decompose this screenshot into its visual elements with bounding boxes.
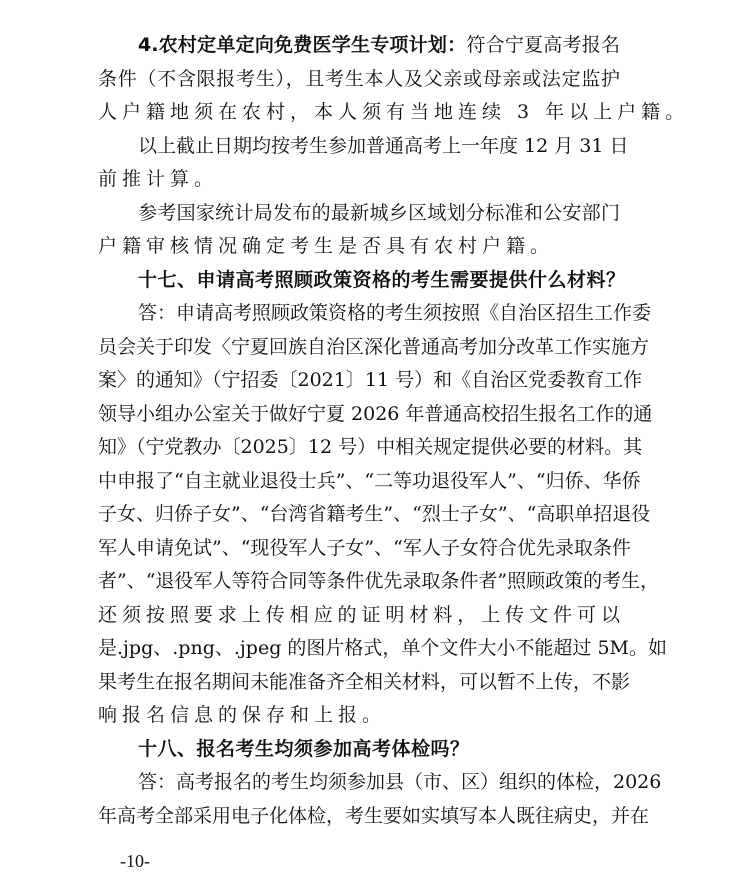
section17-answer-line-1: 答：申请高考照顾政策资格的考生须按照《自治区招生工作委 (98, 297, 620, 331)
section17-answer-line-11: 是.jpg、.png、.jpeg 的图片格式，单个文件大小不能超过 5M。如 (98, 632, 620, 666)
deadline-note-line-1: 以上截止日期均按考生参加普通高考上一年度 12 月 31 日 (98, 130, 620, 164)
section17-answer-line-10: 还须按照要求上传相应的证明材料，上传文件可以 (98, 599, 620, 633)
item4-label: 4.农村定单定向免费医学生专项计划： (138, 34, 466, 56)
section17-answer-line-12: 果考生在报名期间未能准备齐全相关材料，可以暂不上传，不影 (98, 666, 620, 700)
section18-heading: 十八、报名考生均须参加高考体检吗？ (98, 733, 620, 767)
section17-answer-line-7: 子女、归侨子女”、“台湾省籍考生”、“烈士子女”、“高职单招退役 (98, 498, 620, 532)
section17-answer-line-6: 中申报了“自主就业退役士兵”、“二等功退役军人”、“归侨、华侨 (98, 465, 620, 499)
item4-line-1: 4.农村定单定向免费医学生专项计划：符合宁夏高考报名 (98, 29, 620, 63)
item4-line-2: 条件（不含限报考生），且考生本人及父亲或母亲或法定监护 (98, 63, 620, 97)
section18-answer-line-1: 答：高考报名的考生均须参加县（市、区）组织的体检，2026 (98, 766, 620, 800)
section17-answer-line-8: 军人申请免试”、“现役军人子女”、“军人子女符合优先录取条件 (98, 532, 620, 566)
reference-note-line-1: 参考国家统计局发布的最新城乡区域划分标准和公安部门 (98, 197, 620, 231)
page-number: -10- (120, 851, 150, 872)
reference-note-line-2: 户籍审核情况确定考生是否具有农村户籍。 (98, 230, 620, 264)
section18-answer-line-2: 年高考全部采用电子化体检，考生要如实填写本人既往病史，并在 (98, 800, 620, 834)
section17-answer-line-2: 员会关于印发〈宁夏回族自治区深化普通高考加分改革工作实施方 (98, 331, 620, 365)
section17-heading: 十七、申请高考照顾政策资格的考生需要提供什么材料？ (98, 264, 620, 298)
item4-line-3: 人户籍地须在农村，本人须有当地连续 3 年以上户籍。 (98, 96, 620, 130)
section17-answer-line-5: 知》（宁党教办〔2025〕12 号）中相关规定提供必要的材料。其 (98, 431, 620, 465)
section17-answer-line-13: 响报名信息的保存和上报。 (98, 699, 620, 733)
deadline-note-line-2: 前推计算。 (98, 163, 620, 197)
document-page: 4.农村定单定向免费医学生专项计划：符合宁夏高考报名 条件（不含限报考生），且考… (98, 29, 620, 833)
section17-answer-line-4: 领导小组办公室关于做好宁夏 2026 年普通高校招生报名工作的通 (98, 398, 620, 432)
item4-text: 符合宁夏高考报名 (466, 34, 620, 56)
section17-answer-line-3: 案〉的通知》（宁招委〔2021〕11 号）和《自治区党委教育工作 (98, 364, 620, 398)
section17-answer-line-9: 者”、“退役军人等符合同等条件优先录取条件者”照顾政策的考生， (98, 565, 620, 599)
